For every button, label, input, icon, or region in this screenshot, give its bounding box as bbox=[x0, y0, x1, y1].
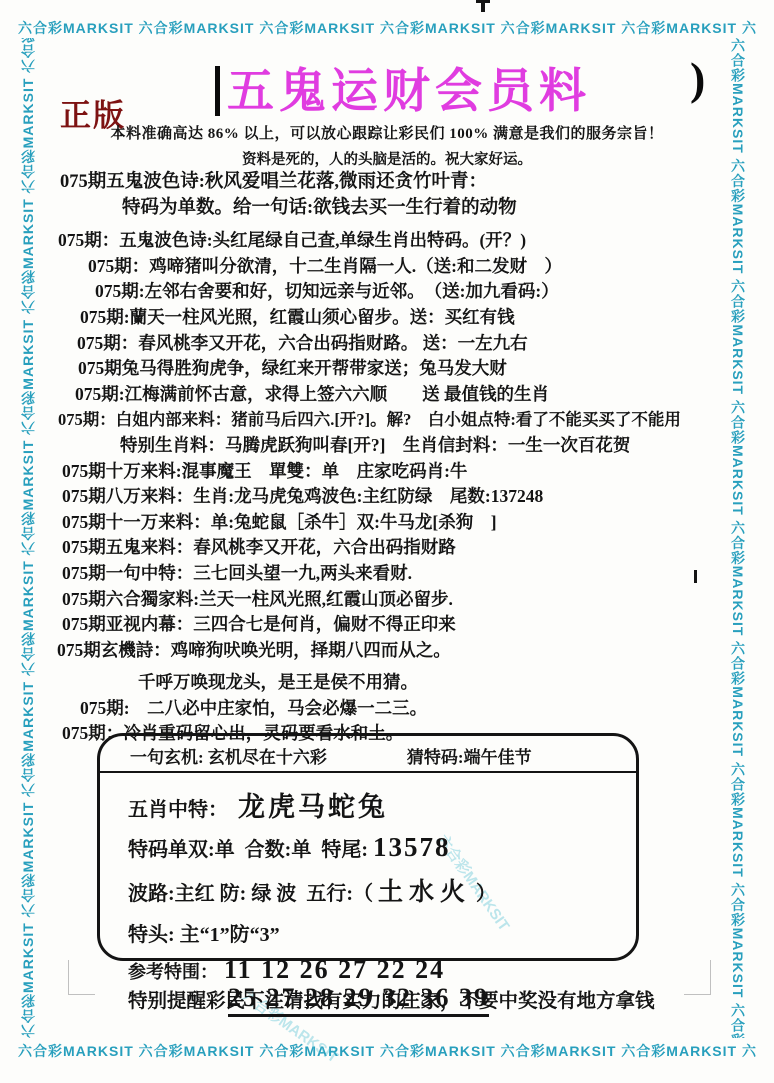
motto-line: 资料是死的，人的头脑是活的。祝大家好运。 bbox=[0, 148, 774, 169]
prediction-line: 075期: 二八必中庄家怕，马会必爆一二三。 bbox=[55, 696, 745, 722]
crop-mark-bottom-right bbox=[684, 960, 711, 995]
prediction-line: 075期兔马得胜狗虎争，绿红来开帮带家送；兔马发大财 bbox=[55, 356, 745, 382]
wave-value: 波路:主红 防: 绿 波 bbox=[128, 883, 296, 905]
special-head-value: 主“1”防“3” bbox=[180, 924, 280, 946]
reference-numbers-row1: 11 12 26 27 22 24 bbox=[224, 955, 445, 984]
five-elements-label: 五行:（ bbox=[306, 883, 373, 905]
prediction-list: 075期五鬼波色诗:秋风爱唱兰花落,微雨还贪竹叶青： 特码为单数。给一句话:欲钱… bbox=[55, 170, 745, 747]
special-head-label: 特头: bbox=[128, 924, 175, 946]
prediction-line: 075期:江梅满前怀古意，求得上签六六顺 送 最值钱的生肖 bbox=[55, 382, 745, 408]
prediction-line: 075期五鬼来料：春风桃李又开花，六合出码指财路 bbox=[55, 535, 745, 561]
tail-numbers: 13578 bbox=[373, 832, 451, 862]
prediction-line: 075期：春风桃李又开花，六合出码指财路。 送：一左九右 bbox=[55, 331, 745, 357]
prediction-line: 075期亚视内幕：三四合七是何肖，偏财不得正印来 bbox=[55, 612, 745, 638]
wave-row: 波路:主红 防: 绿 波 五行:（ 土水火 ） bbox=[100, 872, 636, 908]
prediction-line: 千呼万唤现龙头，是王是侯不用猜。 bbox=[55, 670, 745, 696]
border-pattern-left: 六合彩MARKSIT 六合彩MARKSIT 六合彩MARKSIT 六合彩MARK… bbox=[18, 38, 44, 1038]
prediction-line: 特码为单数。给一句话:欲钱去买一生行着的动物 bbox=[55, 196, 745, 222]
prediction-line: 075期玄機詩：鸡啼狗吠唤光明，择期八四而从之。 bbox=[55, 638, 745, 664]
prediction-line: 075期八万来料：生肖:龙马虎兔鸡波色:主红防绿 尾数:137248 bbox=[55, 484, 745, 510]
five-elements-close: ） bbox=[476, 883, 496, 905]
mystery-phrase: 一句玄机: 玄机尽在十六彩 bbox=[130, 743, 327, 768]
summary-box: 一句玄机: 玄机尽在十六彩 猜特码:端午佳节 五肖中特：龙虎马蛇兔 特码单双:单… bbox=[97, 733, 639, 961]
sum-value: 合数:单 bbox=[245, 839, 312, 861]
border-pattern-top: 六合彩MARKSIT 六合彩MARKSIT 六合彩MARKSIT 六合彩MARK… bbox=[18, 15, 756, 41]
prediction-line: 特别生肖料：马腾虎跃狗叫春[开?] 生肖信封料：一生一次百花贺 bbox=[55, 433, 745, 459]
prediction-line: 075期：鸡啼猪叫分欲清，十二生肖隔一人.（送:和二发财 ） bbox=[55, 254, 745, 280]
title-divider-bar bbox=[215, 66, 220, 116]
five-elements-value: 土水火 bbox=[378, 879, 471, 906]
prediction-line: 075期一句中特：三七回头望一九,两头来看财. bbox=[55, 561, 745, 587]
prediction-line: 075期：五鬼波色诗:头红尾绿自己查,单绿生肖出特码。(开？) bbox=[55, 228, 745, 254]
footer-warning: 特别提醒彩民下注请找有实力的庄家，不要中奖没有地方拿钱 bbox=[128, 985, 655, 1013]
summary-box-header: 一句玄机: 玄机尽在十六彩 猜特码:端午佳节 bbox=[100, 736, 636, 773]
reference-range-label: 参考特围： bbox=[128, 962, 218, 982]
paren-artifact: ) bbox=[690, 52, 705, 105]
prediction-line: 075期五鬼波色诗:秋风爱唱兰花落,微雨还贪竹叶青： bbox=[55, 170, 745, 196]
prediction-line: 075期十一万来料：单:兔蛇鼠［杀牛］双:牛马龙[杀狗 ] bbox=[55, 510, 745, 536]
five-zodiac-row: 五肖中特：龙虎马蛇兔 bbox=[100, 785, 636, 824]
prediction-line: 075期：白姐内部来料：猪前马后四六.[开?]。解? 白小姐点特:看了不能买买了… bbox=[55, 407, 745, 433]
prediction-line: 075期六合獨家料:兰天一柱风光照,红霞山顶必留步. bbox=[55, 587, 745, 613]
special-head-row: 特头: 主“1”防“3” bbox=[100, 918, 636, 947]
accuracy-claim: 本料准确高达 86% 以上，可以放心跟踪让彩民们 100% 满意是我们的服务宗旨… bbox=[0, 122, 774, 143]
prediction-line: 075期十万来料:混事魔王 單雙：单 庄家吃码肖:牛 bbox=[55, 459, 745, 485]
prediction-line: 075期:左邻右舍要和好，切知远亲与近邻。 （送:加九看码:） bbox=[55, 279, 745, 305]
border-pattern-bottom: 六合彩MARKSIT 六合彩MARKSIT 六合彩MARKSIT 六合彩MARK… bbox=[18, 1038, 756, 1064]
five-zodiac-label: 五肖中特： bbox=[128, 799, 228, 821]
crop-mark-bottom-left bbox=[68, 960, 95, 995]
odd-even-value: 特码单双:单 bbox=[128, 839, 235, 861]
odd-even-row: 特码单双:单 合数:单 特尾: 13578 bbox=[100, 832, 636, 863]
reference-range-row: 参考特围：11 12 26 27 22 24 bbox=[100, 955, 636, 985]
five-zodiac-value: 龙虎马蛇兔 bbox=[238, 792, 388, 822]
guess-special-code: 猜特码:端午佳节 bbox=[407, 743, 532, 768]
tail-label: 特尾: bbox=[321, 839, 368, 861]
prediction-line: 075期:蘭天一柱风光照，红霞山须心留步。送：买红有钱 bbox=[55, 305, 745, 331]
lottery-tip-sheet: 六合彩MARKSIT 六合彩MARKSIT 六合彩MARKSIT 六合彩MARK… bbox=[0, 0, 774, 1083]
scan-artifact bbox=[481, 0, 485, 12]
page-title: 五鬼运财会员料 bbox=[227, 54, 591, 121]
